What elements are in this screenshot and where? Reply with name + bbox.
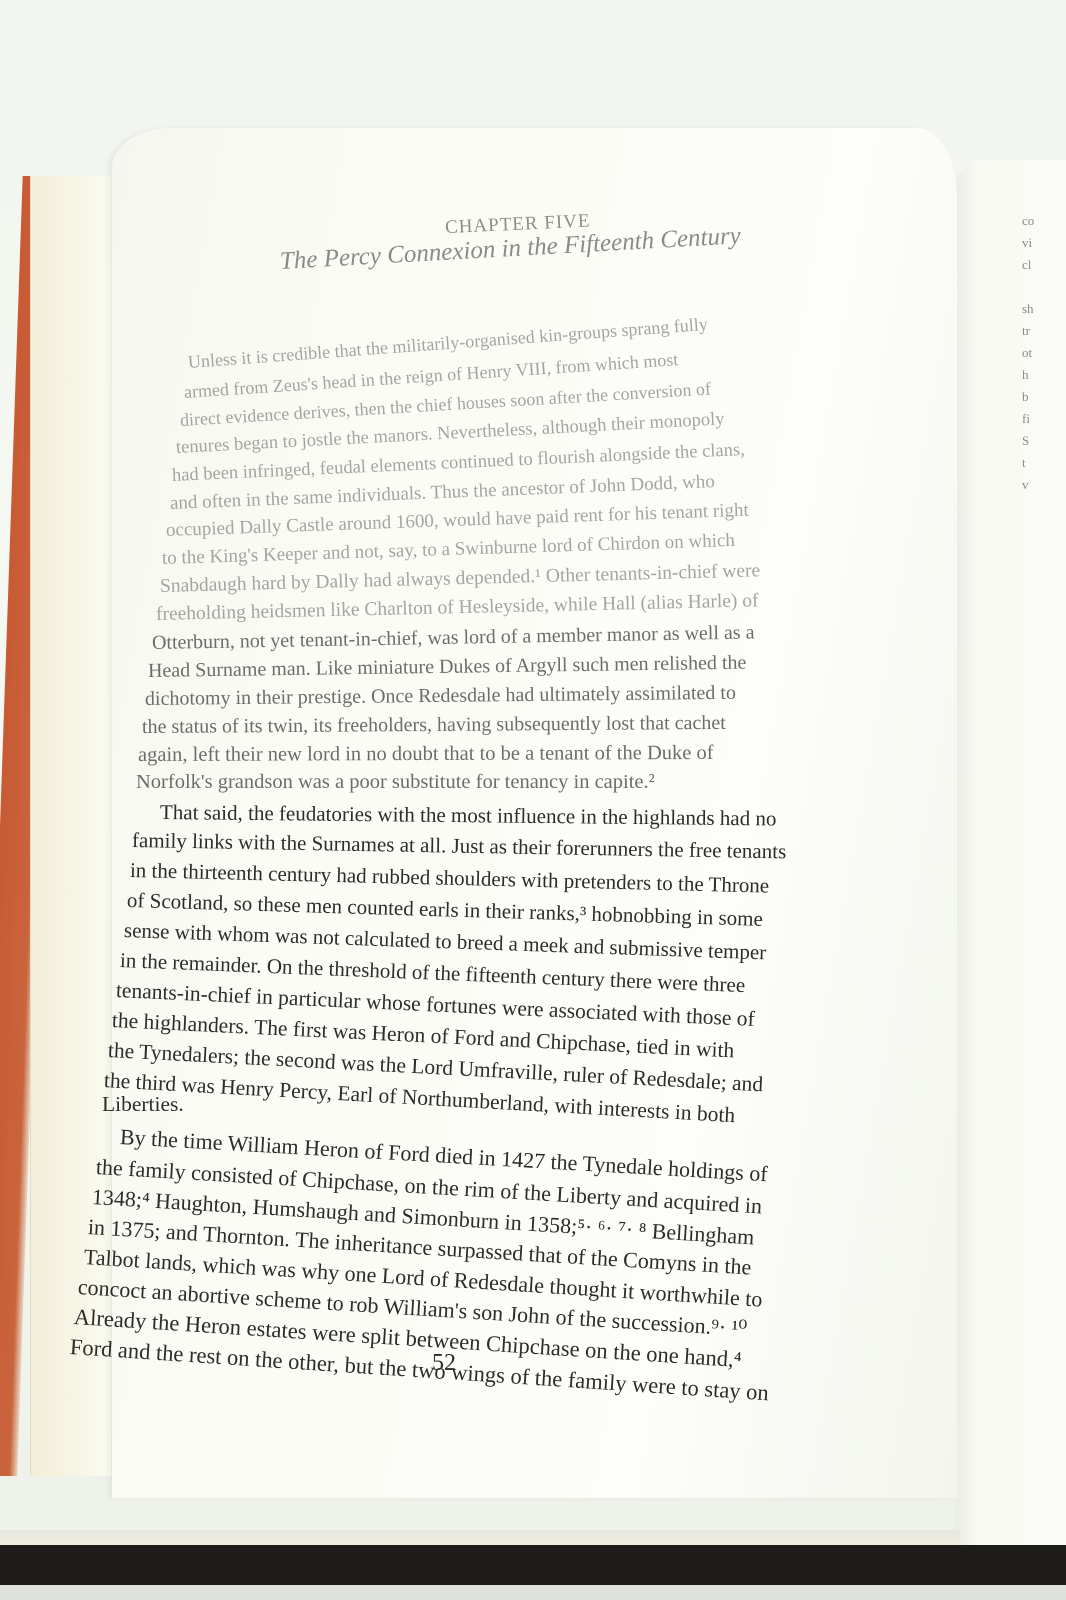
facing-fragment bbox=[1022, 276, 1034, 298]
facing-page bbox=[955, 160, 1066, 1560]
facing-fragment: sh bbox=[1022, 298, 1034, 320]
text-line: Norfolk's grandson was a poor substitute… bbox=[136, 771, 655, 794]
facing-fragment: tr bbox=[1022, 320, 1034, 342]
text-line: Liberties. bbox=[102, 1092, 184, 1117]
facing-fragment: S bbox=[1022, 430, 1034, 452]
facing-fragment: ot bbox=[1022, 342, 1034, 364]
facing-fragment: t bbox=[1022, 452, 1034, 474]
facing-fragment: h bbox=[1022, 364, 1034, 386]
text-line: the status of its twin, its freeholders,… bbox=[142, 712, 726, 739]
page-number: 52 bbox=[432, 1350, 456, 1377]
facing-fragment: vi bbox=[1022, 232, 1034, 254]
facing-fragment: fi bbox=[1022, 408, 1034, 430]
book-photo: co vi cl sh tr ot h b fi S t v CHAPTER F… bbox=[0, 0, 1066, 1600]
facing-fragment: b bbox=[1022, 386, 1034, 408]
table-surface bbox=[0, 1585, 1066, 1600]
facing-page-text: co vi cl sh tr ot h b fi S t v bbox=[1022, 210, 1034, 496]
text-line: again, left their new lord in no doubt t… bbox=[138, 742, 714, 767]
facing-fragment: co bbox=[1022, 210, 1034, 232]
facing-fragment: cl bbox=[1022, 254, 1034, 276]
facing-fragment: v bbox=[1022, 474, 1034, 496]
